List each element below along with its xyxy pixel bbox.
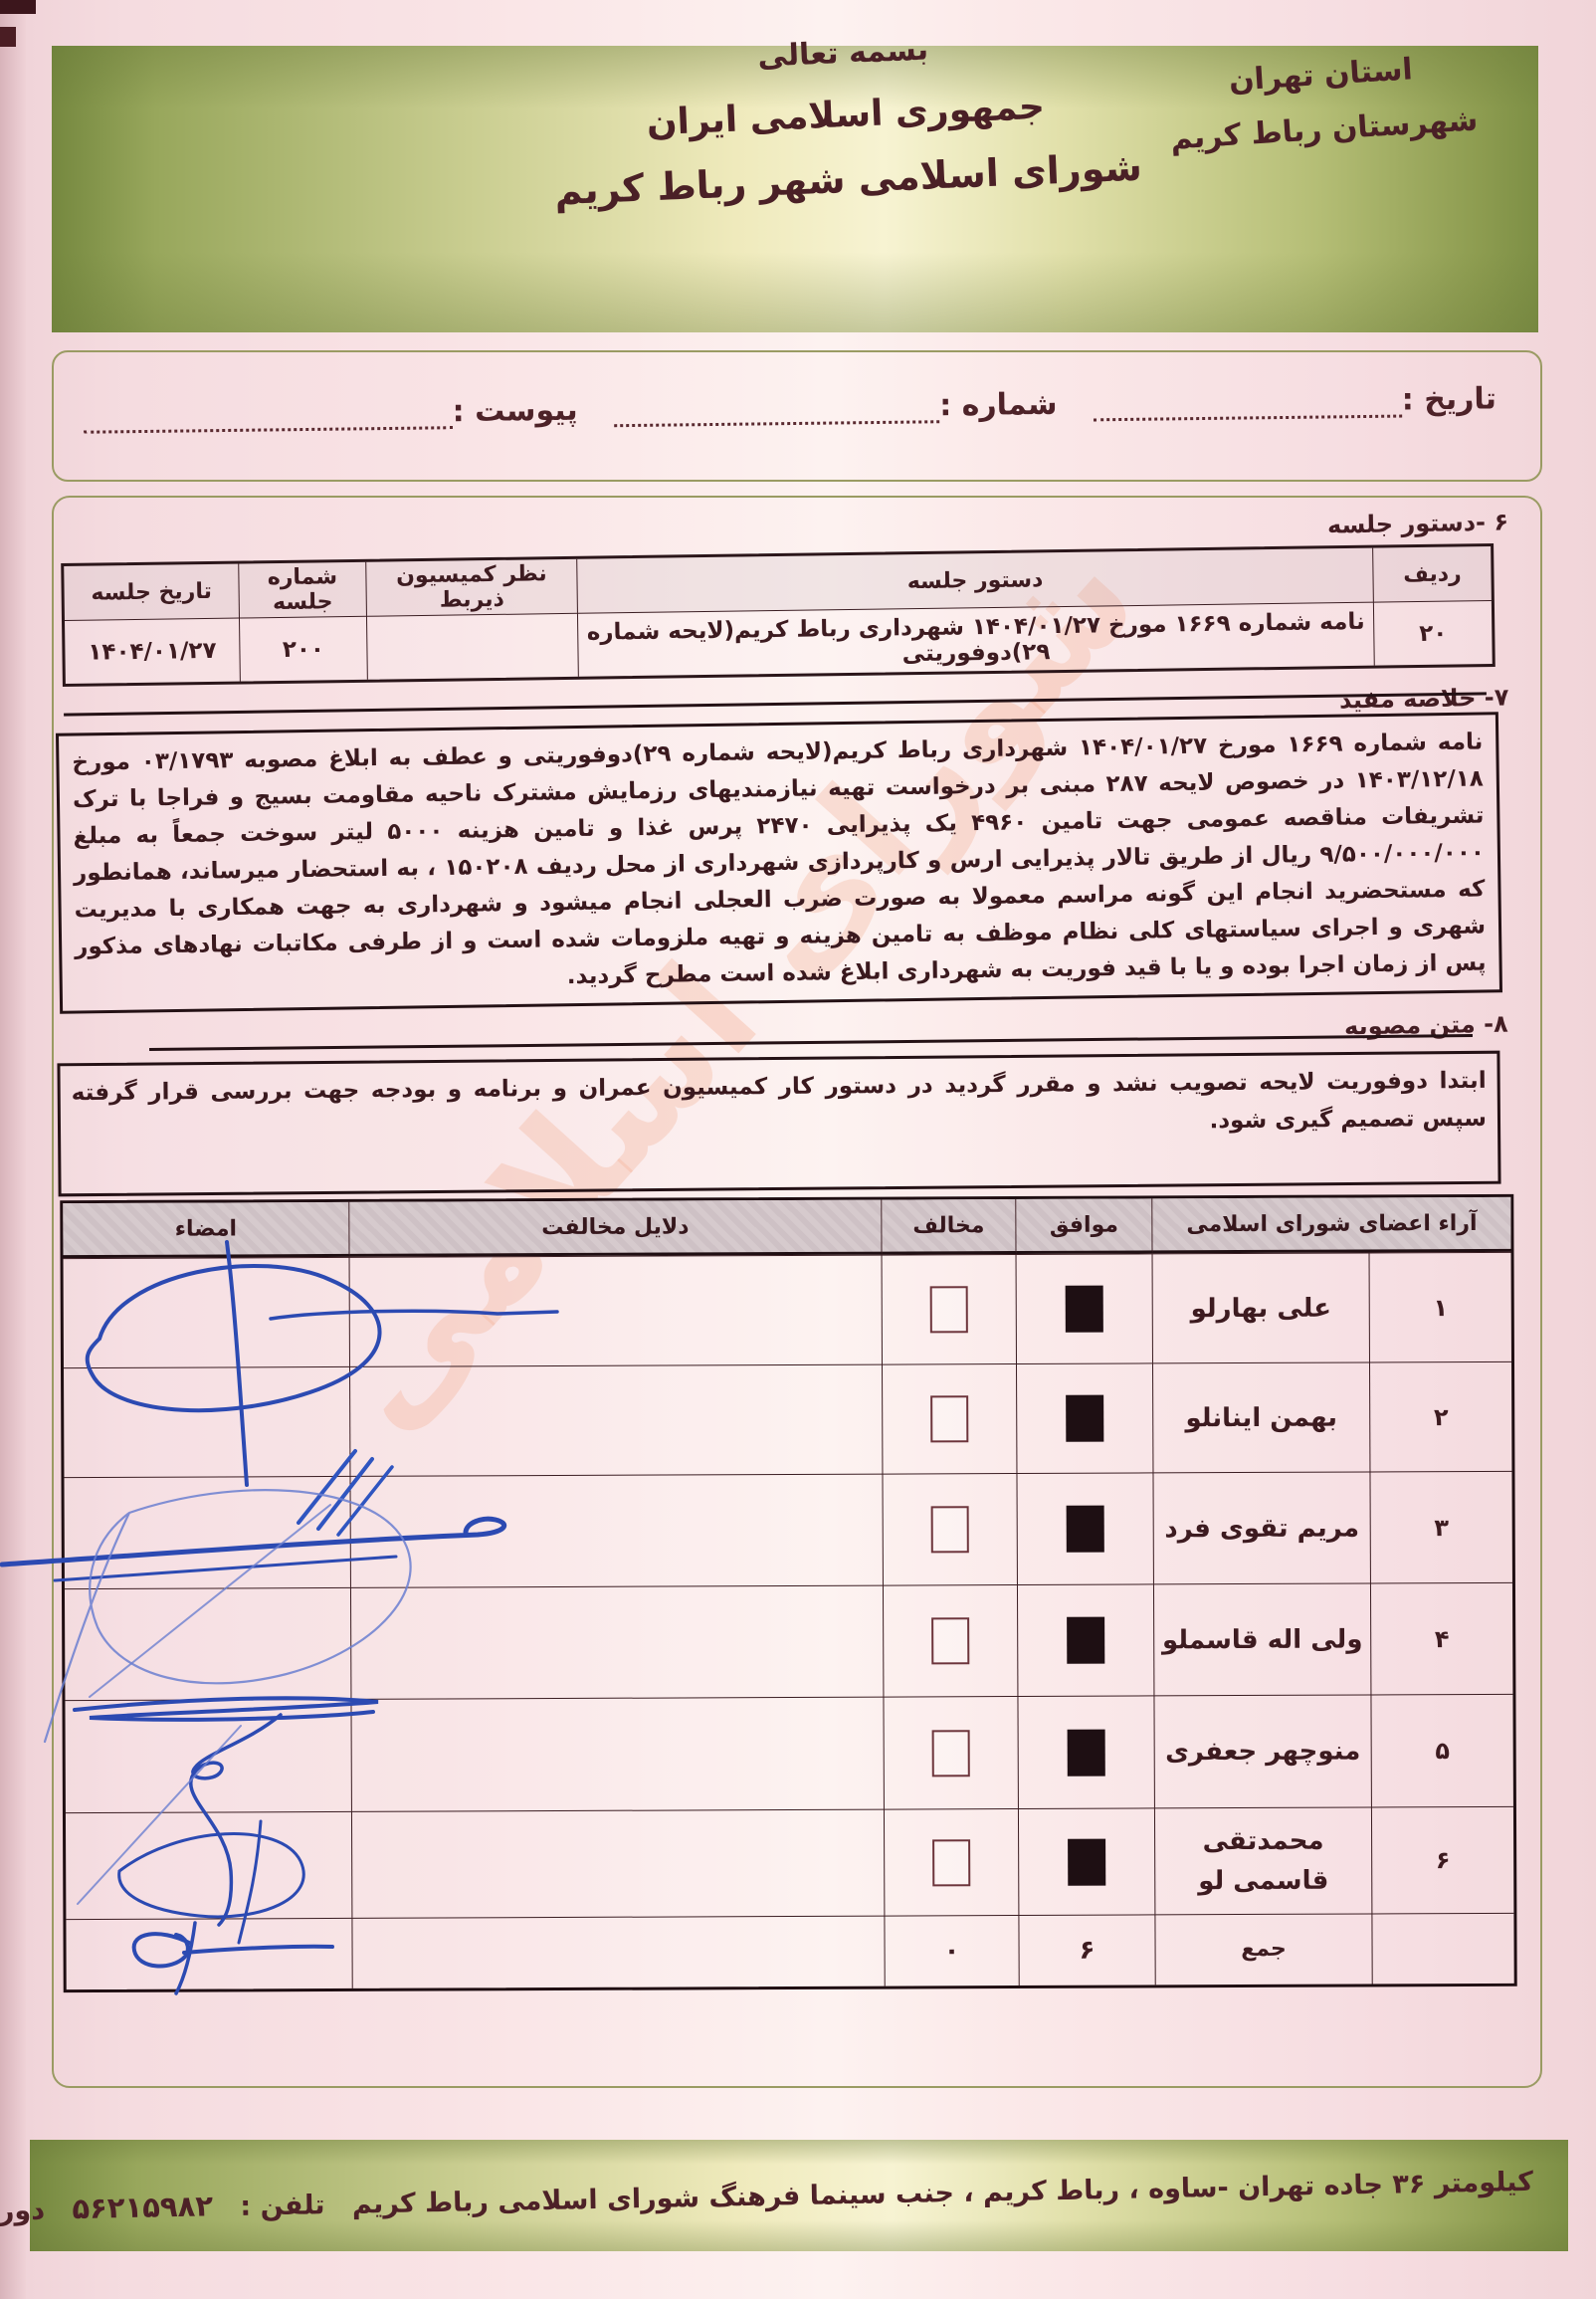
agree-cell (1019, 1807, 1155, 1915)
agree-checkbox (1068, 1838, 1105, 1885)
disagree-cell (883, 1473, 1017, 1585)
votes-col-agree: موافق (1016, 1198, 1152, 1254)
signature-cell (65, 1587, 351, 1700)
reasons-cell (350, 1255, 883, 1366)
number-label: شماره : (939, 387, 1058, 423)
agree-cell (1017, 1253, 1153, 1363)
votes-col-disagree: مخالف (882, 1199, 1016, 1255)
agree-checkbox (1067, 1506, 1104, 1553)
letterhead-center-block: بسمه تعالی جمهوری اسلامی ایران شورای اسل… (465, 20, 1227, 217)
votes-table: آراء اعضای شورای اسلامی موافق مخالف دلای… (60, 1194, 1516, 1992)
agenda-col-commission: نظر کمیسیون ذیربط (366, 559, 578, 616)
agree-cell (1017, 1472, 1153, 1584)
agree-checkbox (1068, 1729, 1105, 1776)
votes-col-reasons: دلایل مخالفت (349, 1200, 882, 1257)
agree-checkbox (1067, 1617, 1104, 1664)
agenda-session-no-value: ۲۰۰ (240, 616, 368, 682)
agree-checkbox (1066, 1395, 1103, 1442)
disagree-cell (883, 1363, 1017, 1474)
signature-cell (64, 1366, 350, 1477)
agenda-col-radif: ردیف (1373, 546, 1492, 602)
reasons-cell (351, 1585, 884, 1699)
section6-title: ۶ -دستور جلسه (1327, 508, 1508, 538)
footer-fax-label: دورنگار : (0, 2195, 45, 2228)
total-signature-cell (66, 1918, 352, 1989)
member-name: بهمن اینانلو (1153, 1361, 1370, 1472)
total-agree-count: ۶ (1019, 1914, 1155, 1985)
scan-corner-mark (0, 27, 16, 47)
agenda-table: ردیف دستور جلسه نظر کمیسیون ذیربط شماره … (61, 543, 1496, 687)
republic-title: جمهوری اسلامی ایران (467, 79, 1224, 151)
agenda-item-value: نامه شماره ۱۶۶۹ مورخ ۱۴۰۴/۰۱/۲۷ شهرداری … (578, 602, 1375, 677)
resolution-text-box: ابتدا دوفوریت لایحه تصویب نشد و مقرر گرد… (57, 1051, 1500, 1197)
section7-title: ۷- خلاصه مفید (1338, 684, 1508, 715)
disagree-checkbox (932, 1839, 970, 1886)
disagree-checkbox (931, 1506, 969, 1553)
signature-cell (65, 1699, 351, 1812)
attachment-blank-field (84, 396, 453, 434)
agenda-session-date-value: ۱۴۰۴/۰۱/۲۷ (65, 618, 241, 684)
reasons-cell (351, 1697, 884, 1811)
date-blank-field (1093, 385, 1402, 422)
signature-cell (64, 1476, 350, 1588)
bismillah-text: بسمه تعالی (465, 20, 1222, 87)
disagree-checkbox (931, 1617, 969, 1664)
total-row-number-cell (1372, 1913, 1513, 1985)
scan-corner-mark (0, 0, 36, 14)
disagree-checkbox (930, 1286, 968, 1333)
disagree-cell (885, 1808, 1019, 1916)
member-row-number: ۱ (1370, 1252, 1511, 1362)
votes-col-signature: امضاء (63, 1202, 349, 1258)
signature-cell (66, 1811, 352, 1919)
member-name: منوچهر جعفری (1154, 1694, 1371, 1807)
member-name: ولی اله قاسملو (1154, 1582, 1371, 1695)
agree-cell (1018, 1695, 1154, 1808)
number-blank-field (614, 390, 940, 427)
member-name: محمدتقی قاسمی لو (1155, 1806, 1372, 1914)
footer-phone-number: ۵۶۲۱۵۹۸۲ (72, 2189, 213, 2225)
disagree-cell (884, 1584, 1018, 1697)
member-row-number: ۶ (1372, 1806, 1513, 1914)
agree-cell (1018, 1583, 1154, 1696)
reasons-cell (350, 1474, 883, 1587)
reasons-cell (350, 1364, 883, 1476)
total-disagree-count: ۰ (885, 1915, 1019, 1986)
total-reasons-cell (352, 1916, 885, 1988)
agree-cell (1017, 1362, 1153, 1473)
disagree-cell (883, 1254, 1017, 1364)
disagree-checkbox (932, 1730, 970, 1776)
reasons-cell (352, 1809, 885, 1918)
total-label: جمع (1155, 1913, 1372, 1985)
member-name: مریم تقوی فرد (1153, 1471, 1370, 1583)
member-row-number: ۴ (1371, 1582, 1512, 1695)
date-label: تاریخ : (1402, 381, 1497, 417)
agenda-col-session-no: شماره جلسه (239, 562, 367, 618)
scan-edge-shadow (0, 0, 26, 2299)
footer-phone-label: تلفن : (240, 2190, 325, 2222)
disagree-cell (884, 1696, 1018, 1809)
agree-checkbox (1066, 1286, 1103, 1333)
member-row-number: ۲ (1370, 1361, 1511, 1472)
scanned-council-resolution-page: شورای اسلامی بسمه تعالی جمهوری اسلامی ای… (0, 0, 1596, 2299)
signature-cell (64, 1257, 350, 1367)
disagree-checkbox (930, 1395, 968, 1442)
agenda-commission-value (367, 613, 579, 680)
summary-text-box: نامه شماره ۱۶۶۹ مورخ ۱۴۰۴/۰۱/۲۷ شهرداری … (56, 712, 1502, 1013)
member-row-number: ۳ (1370, 1471, 1511, 1583)
votes-col-members: آراء اعضای شورای اسلامی (1152, 1197, 1510, 1254)
attachment-label: پیوست : (452, 393, 577, 430)
member-row-number: ۵ (1371, 1694, 1512, 1807)
member-name: علی بهارلو (1153, 1252, 1370, 1362)
agenda-radif-value: ۲۰ (1374, 600, 1493, 666)
agenda-col-session-date: تاریخ جلسه (64, 564, 240, 620)
